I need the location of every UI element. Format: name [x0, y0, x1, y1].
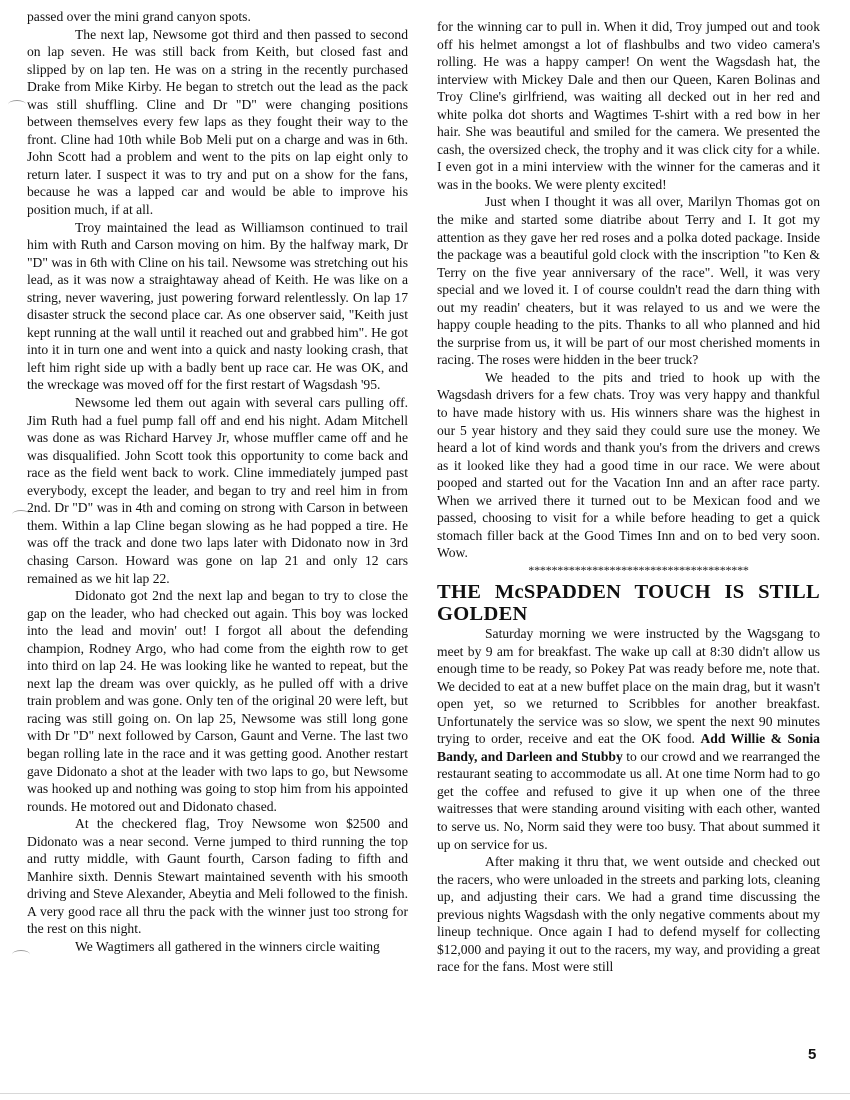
- paragraph: Newsome led them out again with several …: [27, 394, 408, 587]
- bottom-rule: [0, 1093, 850, 1094]
- paragraph: Troy maintained the lead as Williamson c…: [27, 219, 408, 394]
- right-column: for the winning car to pull in. When it …: [437, 18, 820, 976]
- paragraph: The next lap, Newsome got third and then…: [27, 26, 408, 219]
- article-heading: THE McSPADDEN TOUCH IS STILL GOLDEN: [437, 581, 820, 625]
- text-run: to our crowd and we rearranged the resta…: [437, 749, 820, 852]
- scan-artifact: [12, 950, 30, 959]
- section-separator: **************************************: [437, 562, 820, 579]
- scan-artifact: [12, 510, 30, 519]
- paragraph: Just when I thought it was all over, Mar…: [437, 193, 820, 368]
- paragraph: At the checkered flag, Troy Newsome won …: [27, 815, 408, 938]
- scan-artifact: [8, 100, 26, 109]
- paragraph: Saturday morning we were instructed by t…: [437, 625, 820, 853]
- paragraph: passed over the mini grand canyon spots.: [27, 8, 408, 26]
- paragraph: for the winning car to pull in. When it …: [437, 18, 820, 193]
- page-number: 5: [808, 1046, 816, 1063]
- paragraph: After making it thru that, we went outsi…: [437, 853, 820, 976]
- left-column: passed over the mini grand canyon spots.…: [27, 8, 408, 956]
- paragraph: We headed to the pits and tried to hook …: [437, 369, 820, 562]
- paragraph: We Wagtimers all gathered in the winners…: [27, 938, 408, 956]
- text-run: Saturday morning we were instructed by t…: [437, 626, 820, 746]
- paragraph: Didonato got 2nd the next lap and began …: [27, 587, 408, 815]
